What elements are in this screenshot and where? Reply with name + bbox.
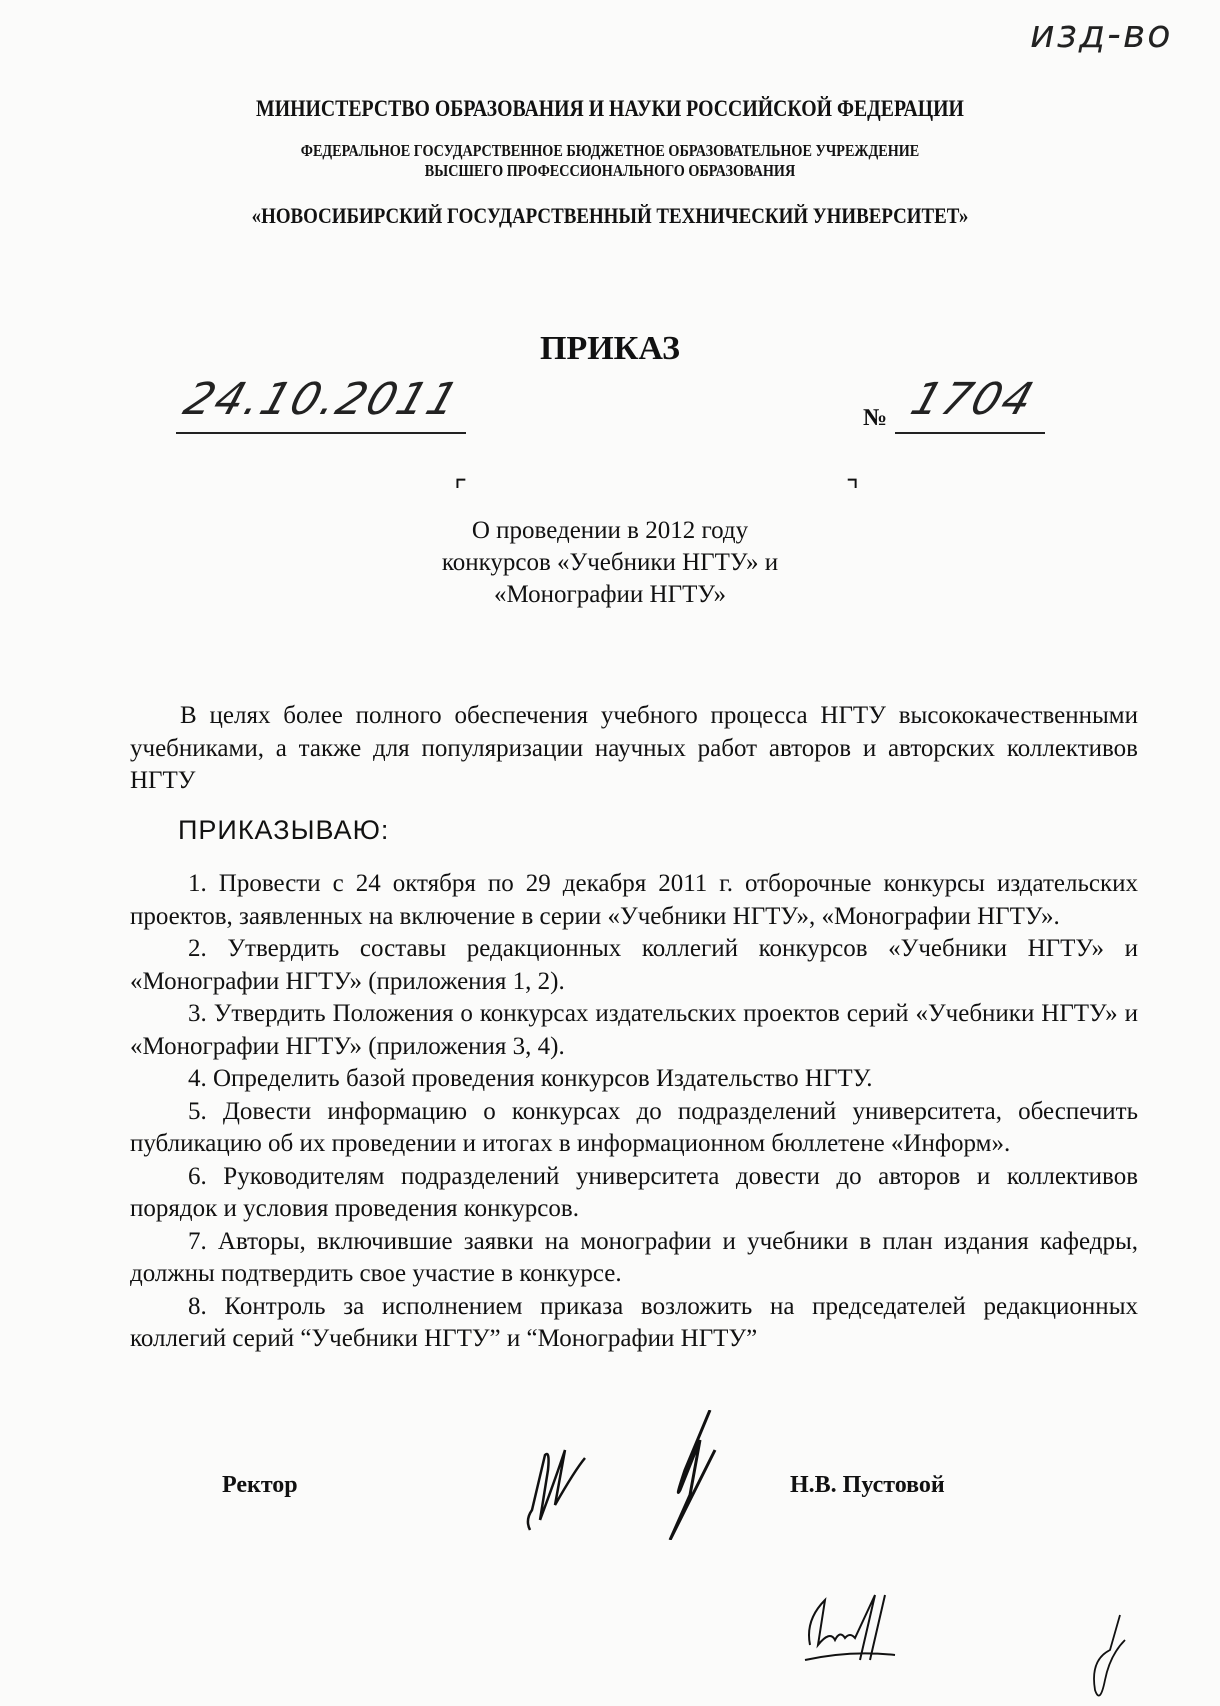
order-item: 8. Контроль за исполнением приказа возло… [130, 1291, 1138, 1356]
subject-line: «Монографии НГТУ» [0, 579, 1220, 611]
handwritten-date: 24.10.2011 [178, 374, 467, 425]
institution-line-2: ВЫСШЕГО ПРОФЕССИОНАЛЬНОГО ОБРАЗОВАНИЯ [85, 161, 1134, 181]
institution-line-1: ФЕДЕРАЛЬНОЕ ГОСУДАРСТВЕННОЕ БЮДЖЕТНОЕ ОБ… [85, 141, 1134, 161]
signatory-position: Ректор [222, 1472, 298, 1499]
intro-paragraph: В целях более полного обеспечения учебно… [130, 700, 1138, 798]
institution-header: ФЕДЕРАЛЬНОЕ ГОСУДАРСТВЕННОЕ БЮДЖЕТНОЕ ОБ… [85, 141, 1134, 181]
corner-mark-icon [1080, 1610, 1140, 1706]
subject-line: конкурсов «Учебники НГТУ» и [0, 547, 1220, 579]
approval-signature-icon [800, 1590, 920, 1670]
document-subject: О проведении в 2012 году конкурсов «Учеб… [0, 515, 1220, 611]
order-items: 1. Провести с 24 октября по 29 декабря 2… [130, 868, 1138, 1356]
order-item: 6. Руководителям подразделений университ… [130, 1161, 1138, 1226]
order-item: 5. Довести информацию о конкурсах до под… [130, 1096, 1138, 1161]
handwritten-number: 1704 [905, 374, 1042, 425]
order-item: 4. Определить базой проведения конкурсов… [130, 1063, 1138, 1096]
order-item: 1. Провести с 24 октября по 29 декабря 2… [130, 868, 1138, 933]
order-item: 3. Утвердить Положения о конкурсах издат… [130, 998, 1138, 1063]
university-name: «НОВОСИБИРСКИЙ ГОСУДАРСТВЕННЫЙ ТЕХНИЧЕСК… [85, 203, 1134, 229]
order-item: 7. Авторы, включившие заявки на монограф… [130, 1226, 1138, 1291]
corner-bracket-left-icon: ⌜ [454, 474, 467, 507]
subject-line: О проведении в 2012 году [0, 515, 1220, 547]
corner-bracket-right-icon: ⌝ [846, 474, 859, 507]
signatory-name: Н.В. Пустовой [790, 1472, 945, 1499]
order-item: 2. Утвердить составы редакционных коллег… [130, 933, 1138, 998]
number-label: № [863, 405, 887, 432]
date-field: 24.10.2011 [176, 380, 466, 434]
ministry-header: МИНИСТЕРСТВО ОБРАЗОВАНИЯ И НАУКИ РОССИЙС… [85, 96, 1134, 122]
handwritten-note: изд-во [1030, 12, 1173, 56]
number-field: 1704 [895, 380, 1045, 434]
order-word: ПРИКАЗЫВАЮ: [178, 815, 389, 846]
rector-signature-icon [510, 1410, 770, 1540]
document-title: ПРИКАЗ [0, 330, 1220, 368]
